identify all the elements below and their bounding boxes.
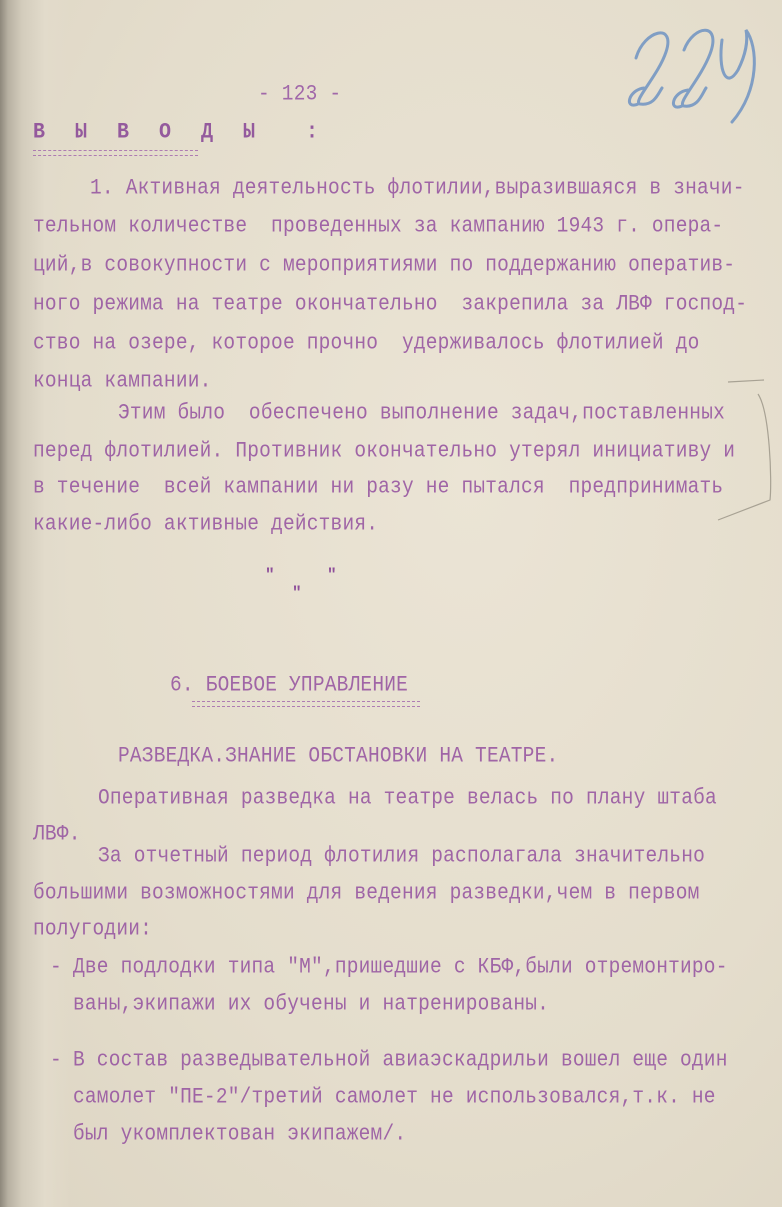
ditto-mark: " bbox=[265, 566, 275, 584]
bullet-marker: - bbox=[50, 957, 62, 979]
paragraph-line: какие-либо активные действия. bbox=[33, 514, 378, 536]
paragraph-line: Этим было обеспечено выполнение задач,по… bbox=[118, 403, 725, 425]
bullet-line: Две подлодки типа "М",пришедшие с КБФ,бы… bbox=[73, 957, 728, 979]
ditto-mark: " bbox=[327, 566, 337, 584]
bullet-line: ваны,экипажи их обучены и натренированы. bbox=[73, 994, 549, 1016]
heading-underline bbox=[33, 150, 198, 156]
handwritten-folio-number bbox=[614, 10, 774, 130]
ditto-mark: " bbox=[292, 584, 302, 602]
bullet-marker: - bbox=[50, 1050, 62, 1072]
paragraph-line: ного режима на театре окончательно закре… bbox=[33, 294, 747, 316]
paragraph-line: большими возможностями для ведения разве… bbox=[33, 883, 700, 905]
page-number: - 123 - bbox=[258, 84, 341, 106]
paragraph-line: перед флотилией. Противник окончательно … bbox=[33, 441, 735, 463]
paragraph-line: ЛВФ. bbox=[33, 824, 81, 846]
paragraph-line: тельном количестве проведенных за кампан… bbox=[33, 216, 723, 238]
paragraph-line: За отчетный период флотилия располагала … bbox=[98, 846, 705, 868]
paragraph-line: конца кампании. bbox=[33, 371, 212, 393]
paragraph-line: ций,в совокупности с мероприятиями по по… bbox=[33, 255, 735, 277]
paragraph-line: 1. Активная деятельность флотилии,вырази… bbox=[90, 178, 745, 200]
subsection-heading: РАЗВЕДКА.ЗНАНИЕ ОБСТАНОВКИ НА ТЕАТРЕ. bbox=[118, 746, 558, 768]
bullet-line: был укомплектован экипажем/. bbox=[73, 1124, 406, 1146]
section-heading-underline bbox=[192, 701, 420, 707]
document-page: - 123 - В Ы В О Д Ы : 1. Активная деятел… bbox=[0, 0, 782, 1207]
paragraph-line: ство на озере, которое прочно удерживало… bbox=[33, 333, 700, 355]
pencil-margin-bracket bbox=[712, 372, 782, 532]
bullet-line: самолет "ПЕ-2"/третий самолет не использ… bbox=[73, 1087, 716, 1109]
bullet-line: В состав разведывательной авиаэскадрильи… bbox=[73, 1050, 728, 1072]
conclusions-heading: В Ы В О Д Ы : bbox=[33, 122, 327, 144]
paragraph-line: полугодии: bbox=[33, 919, 152, 941]
paragraph-line: в течение всей кампании ни разу не пытал… bbox=[33, 477, 723, 499]
paragraph-line: Оперативная разведка на театре велась по… bbox=[98, 788, 717, 810]
section-heading: 6. БОЕВОЕ УПРАВЛЕНИЕ bbox=[170, 675, 408, 697]
